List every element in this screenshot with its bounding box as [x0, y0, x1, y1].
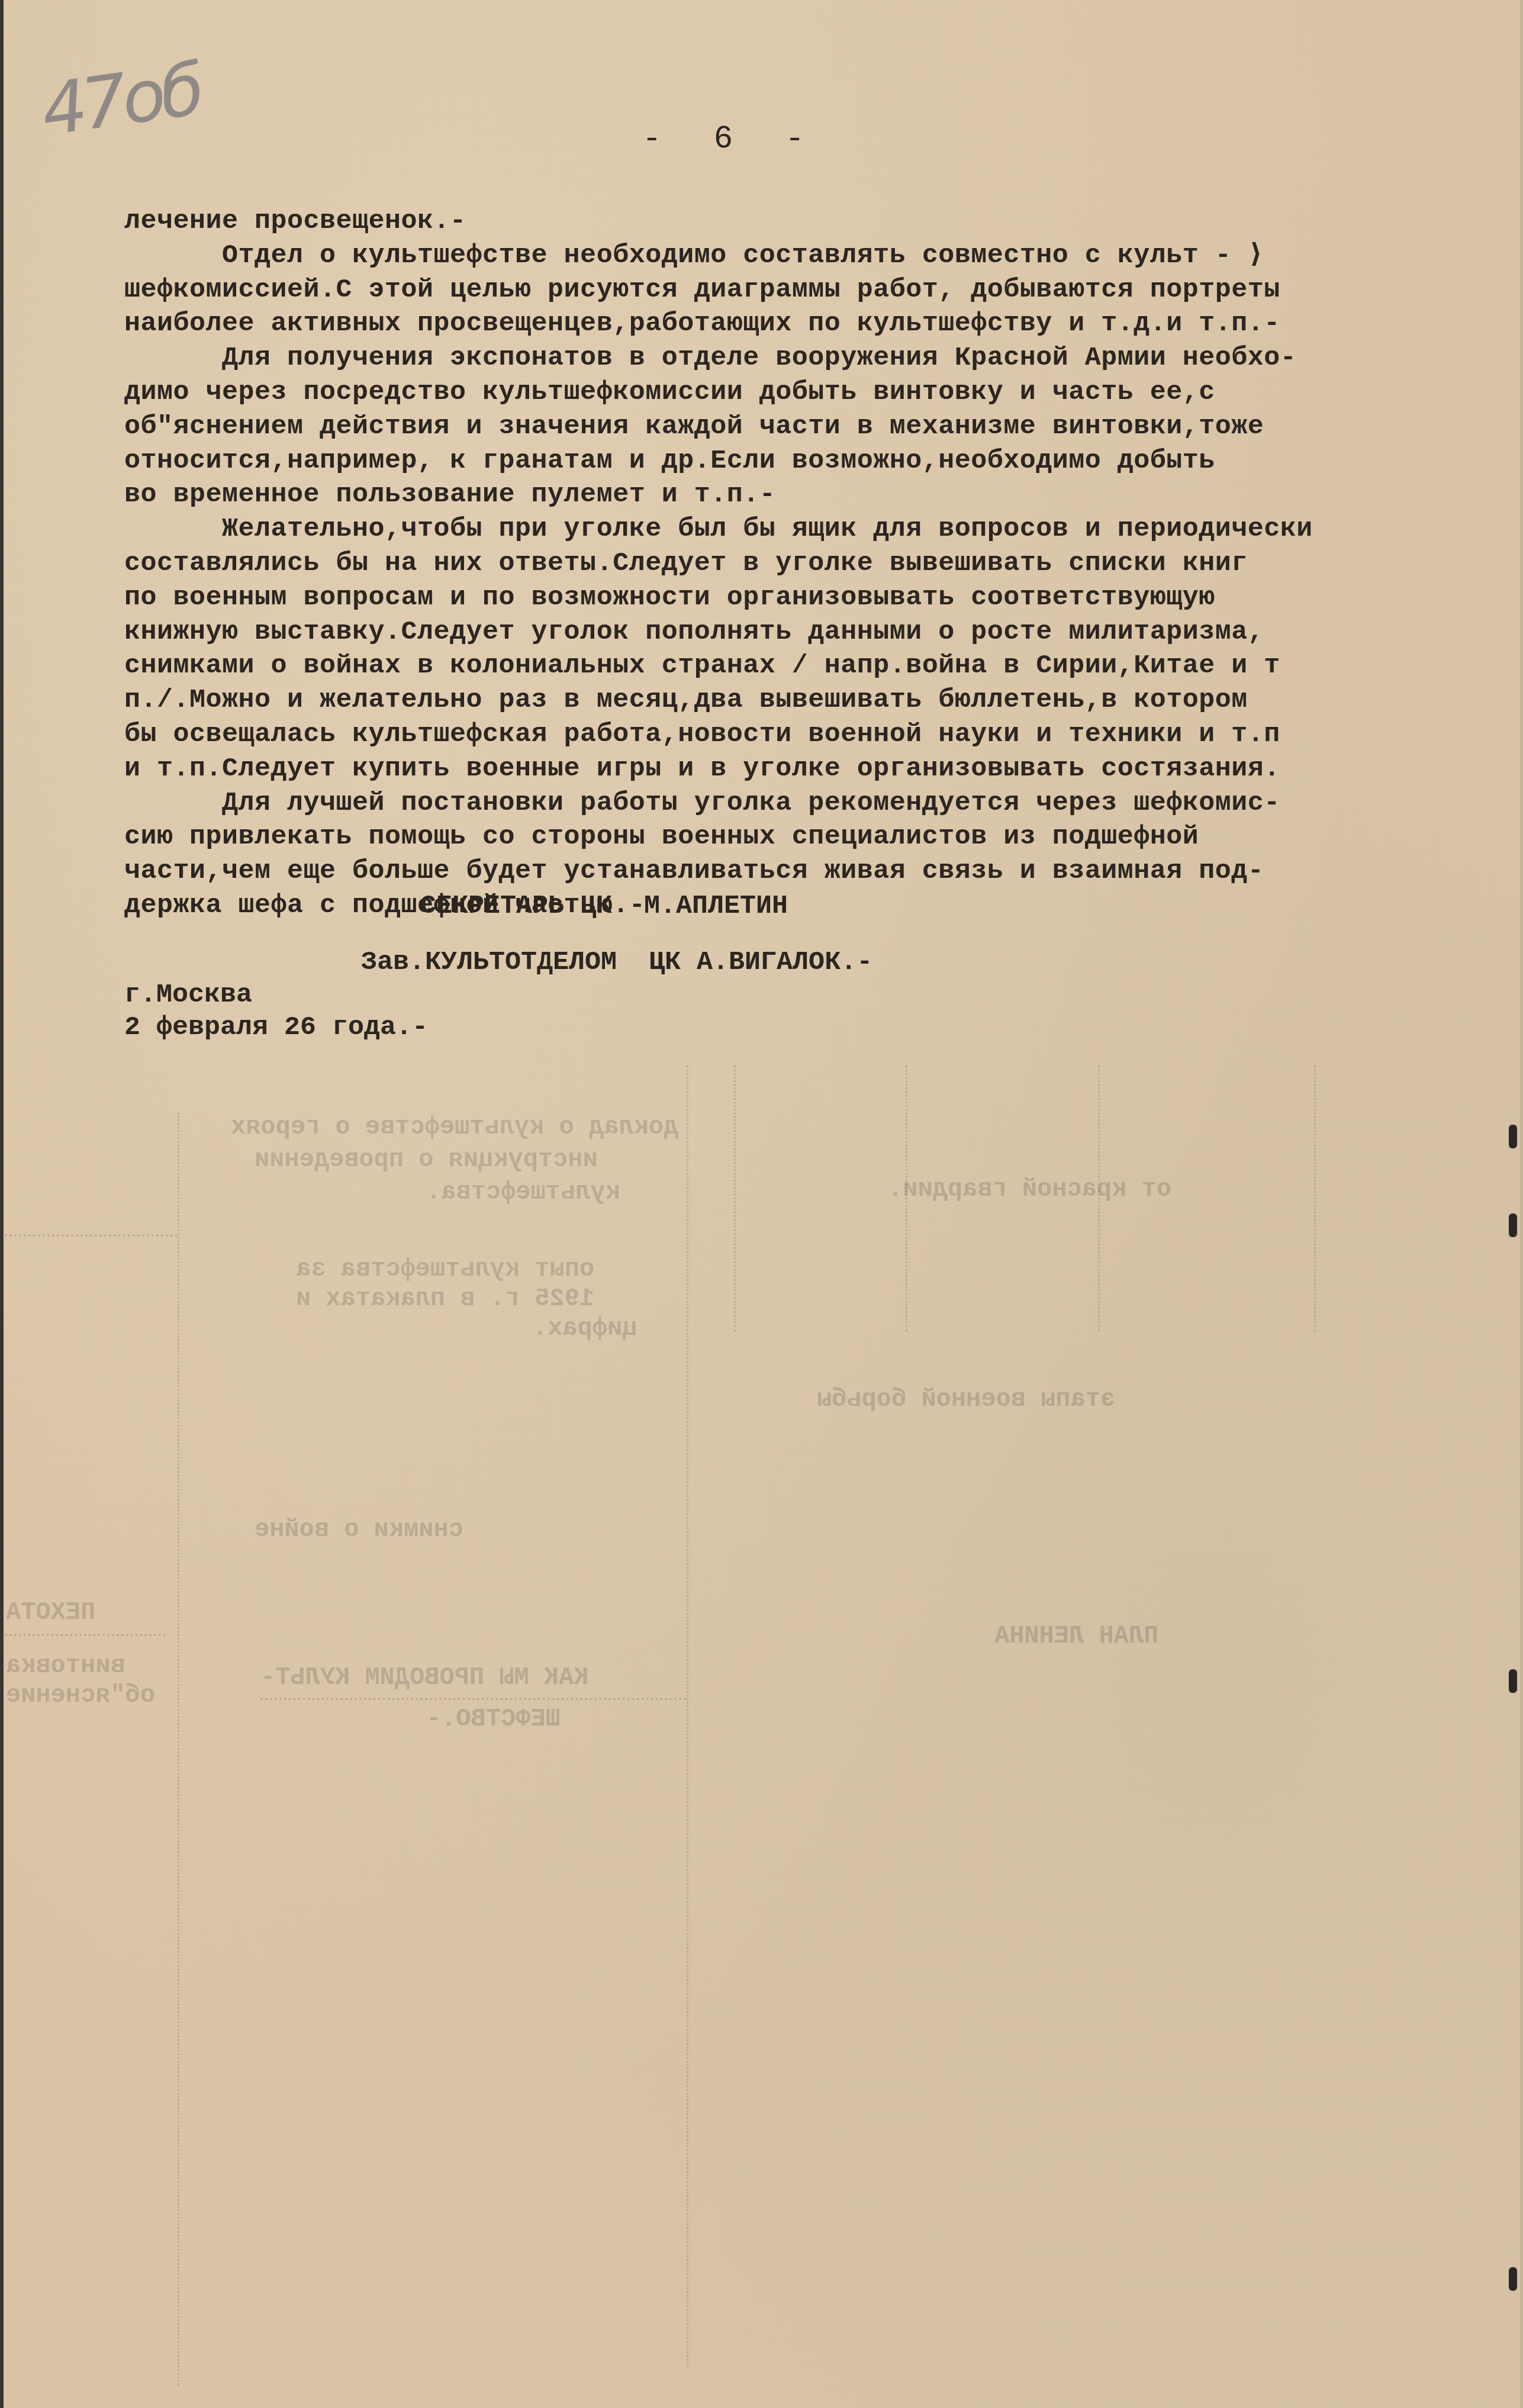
text-line: по военным вопросам и по возможности орг… — [124, 581, 1521, 615]
ghost-text: инструкция о проведении — [255, 1145, 598, 1174]
text-line: держка шефа с подшефной частью.- — [124, 888, 1521, 923]
text-line: димо через посредство культшефкомиссии д… — [124, 375, 1521, 410]
text-line: Для получения экспонатов в отделе вооруж… — [124, 341, 1521, 375]
ghost-column-line — [734, 1065, 736, 1332]
page-number: - 6 - — [642, 121, 821, 157]
text-line: снимками о войнах в колониальных странах… — [124, 649, 1521, 683]
text-line: бы освещалась культшефская работа,новост… — [124, 717, 1521, 752]
punch-hole-mark — [1509, 1213, 1517, 1237]
archive-folio-mark: 47об — [37, 49, 205, 152]
document-date: 2 февраля 26 года.- — [124, 1012, 428, 1042]
ghost-column-line — [1098, 1065, 1100, 1332]
ghost-column-line — [178, 1113, 179, 2386]
ghost-rule — [0, 1634, 166, 1636]
text-line: Отдел о культшефстве необходимо составля… — [124, 239, 1521, 273]
ghost-text: этапы военной борьбы — [817, 1385, 1115, 1414]
text-line: составлялись бы на них ответы.Следует в … — [124, 546, 1521, 581]
text-line: Для лучшей постановки работы уголка реко… — [124, 786, 1521, 820]
text-line: об"яснением действия и значения каждой ч… — [124, 410, 1521, 444]
ghost-column-line — [906, 1065, 907, 1332]
ghost-text: опыт культшефства за — [296, 1255, 594, 1283]
text-line: книжную выставку.Следует уголок пополнят… — [124, 615, 1521, 649]
ghost-text: 1925 г. в плакатах и — [296, 1285, 594, 1313]
scan-left-edge — [0, 0, 4, 2408]
text-line: части,чем еще больше будет устанавливать… — [124, 854, 1521, 888]
text-line: и т.п.Следует купить военные игры и в уг… — [124, 752, 1521, 786]
text-line: шефкомиссией.С этой целью рисуются диагр… — [124, 273, 1521, 307]
document-body: лечение просвещенок.- Отдел о культшефст… — [124, 204, 1521, 923]
punch-hole-mark — [1509, 2267, 1517, 2291]
ghost-text: снимки о войне — [255, 1515, 463, 1544]
ghost-column-line — [687, 1065, 688, 2368]
ghost-text: об"яснение — [6, 1681, 155, 1710]
ghost-text: ПЛАН ЛЕНИНА — [994, 1622, 1158, 1650]
ghost-text: доклад о культшефстве о героях — [231, 1113, 678, 1141]
ghost-rule — [0, 1234, 178, 1237]
text-line: во временное пользование пулемет и т.п.- — [124, 478, 1521, 512]
ghost-text: ШЕФСТВО.- — [426, 1705, 561, 1733]
ghost-text: КАК МЫ ПРОВОДИМ КУЛЬТ- — [260, 1663, 589, 1692]
text-line: наиболее активных просвещенцев,работающи… — [124, 307, 1521, 341]
text-line: п./.Можно и желательно раз в месяц,два в… — [124, 683, 1521, 717]
text-line: Желательно,чтобы при уголке был бы ящик … — [124, 512, 1521, 546]
signature-secretary: СЕКРЕТАРЬ ЦК М.АПЛЕТИН — [420, 891, 788, 921]
ghost-text: ПЕХОТА — [6, 1598, 95, 1627]
ghost-column-line — [1314, 1065, 1316, 1332]
text-line: лечение просвещенок.- — [124, 204, 1521, 239]
place-of-issue: г.Москва — [124, 980, 252, 1010]
ghost-text: от красной гвардии. — [888, 1175, 1171, 1203]
punch-hole-mark — [1509, 1669, 1517, 1693]
text-line: сию привлекать помощь со стороны военных… — [124, 820, 1521, 854]
ghost-text: цифрах. — [533, 1314, 637, 1343]
ghost-rule — [260, 1698, 687, 1700]
ghost-text: культшефства. — [426, 1178, 620, 1206]
text-line: относится,например, к гранатам и др.Если… — [124, 444, 1521, 478]
punch-hole-mark — [1509, 1125, 1517, 1148]
ghost-text: винтовка — [6, 1652, 125, 1680]
signature-head-culture-dept: Зав.КУЛЬТОТДЕЛОМ ЦК А.ВИГАЛОК.- — [361, 947, 872, 977]
